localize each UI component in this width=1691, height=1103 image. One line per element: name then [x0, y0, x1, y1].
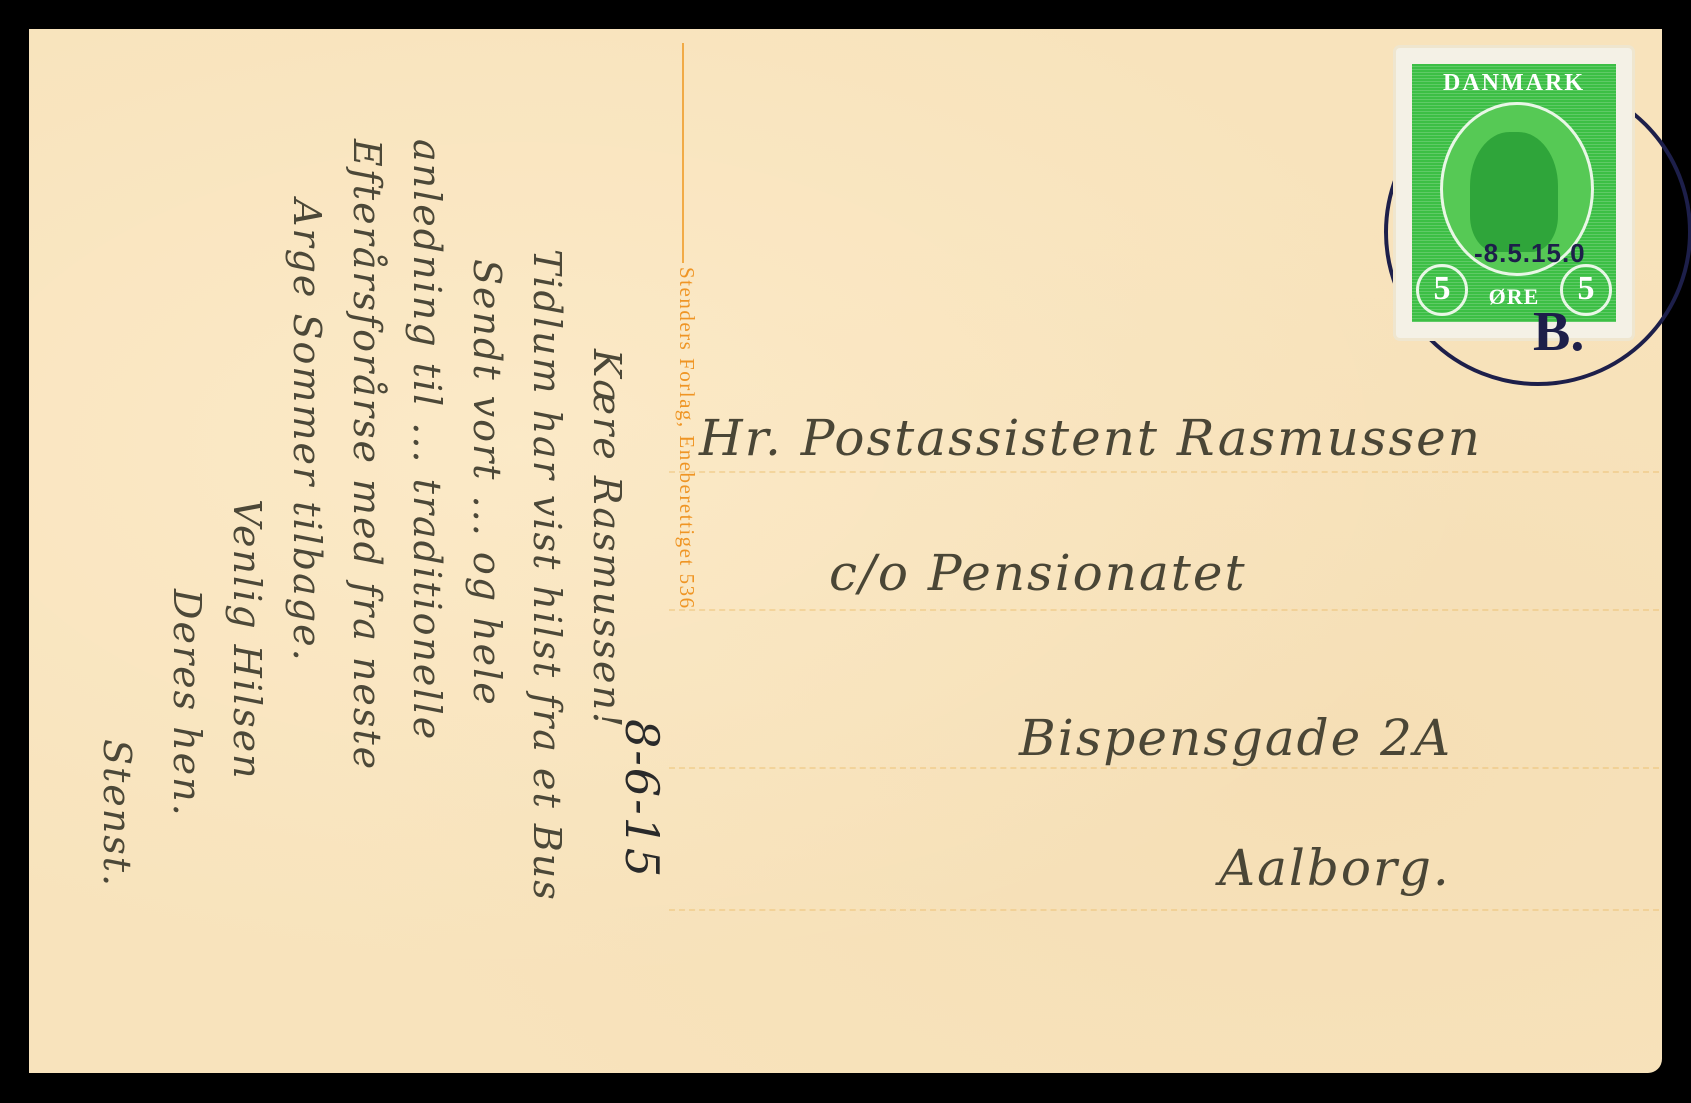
- address-line-2: [669, 609, 1659, 611]
- address-line-3: [669, 767, 1659, 769]
- message-line: Venlig Hilsen: [225, 499, 269, 781]
- stamp-country: DANMARK: [1412, 70, 1616, 97]
- message-line: Tidlum har vist hilst fra et Bus: [525, 249, 569, 902]
- message-signature: Stenst.: [95, 739, 139, 888]
- message-line: Arge Sommer tilbage.: [285, 199, 329, 663]
- king-portrait-icon: [1470, 132, 1558, 252]
- address-city: Aalborg.: [1219, 839, 1451, 897]
- address-street: Bispensgade 2A: [1019, 709, 1452, 767]
- message-line: anledning til ... traditionelle: [405, 139, 449, 741]
- message-line: Efterårsforårse med fra neste: [345, 139, 389, 771]
- address-care-of: c/o Pensionatet: [829, 544, 1247, 602]
- message-line: Sendt vort ... og hele: [465, 259, 509, 707]
- address-recipient: Hr. Postassistent Rasmussen: [699, 409, 1482, 467]
- center-divider-line: [682, 43, 684, 263]
- postmark-date: -8.5.15.0: [1474, 238, 1586, 269]
- publisher-imprint: Stenders Forlag, Eneberettiget 536: [674, 267, 699, 610]
- message-date: 8-6-15: [615, 719, 669, 879]
- address-line-4: [669, 909, 1659, 911]
- postmark-letter: B.: [1533, 300, 1584, 364]
- message-line: Deres hen.: [165, 589, 209, 818]
- message-line: Kære Rasmussen!: [585, 349, 629, 729]
- postage-stamp: DANMARK 5 ØRE 5: [1396, 48, 1632, 338]
- address-line-1: [669, 471, 1659, 473]
